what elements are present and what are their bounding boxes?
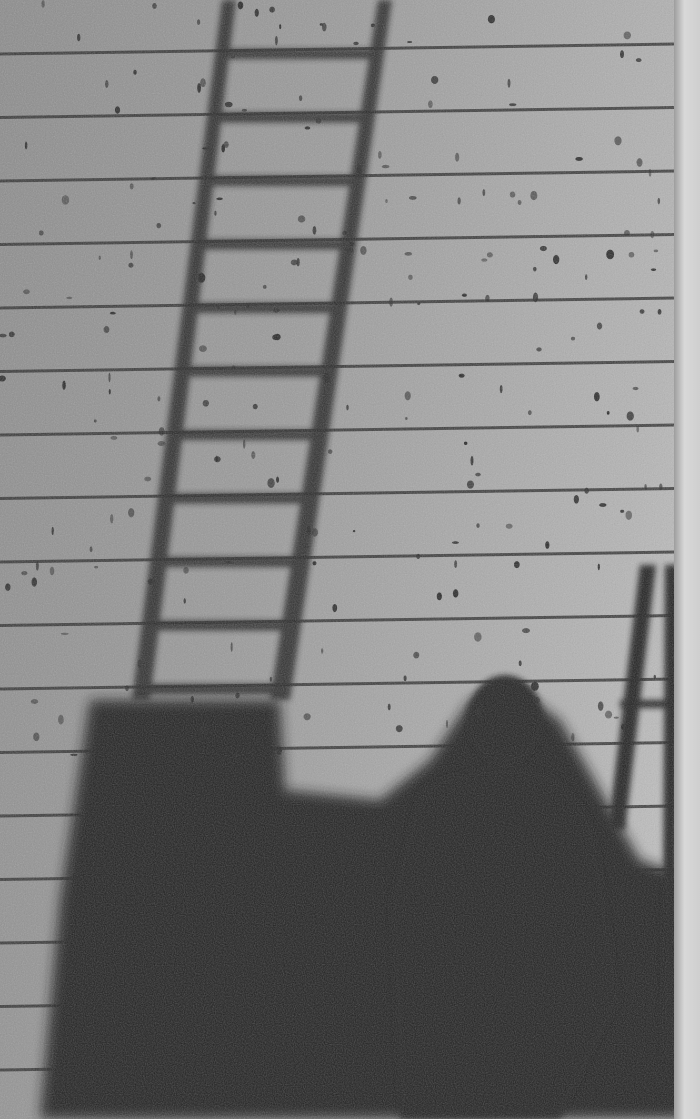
film-grain [0,0,700,1119]
photo-scene [0,0,700,1119]
photograph [0,0,700,1119]
right-edge-light-strip [674,0,700,1119]
